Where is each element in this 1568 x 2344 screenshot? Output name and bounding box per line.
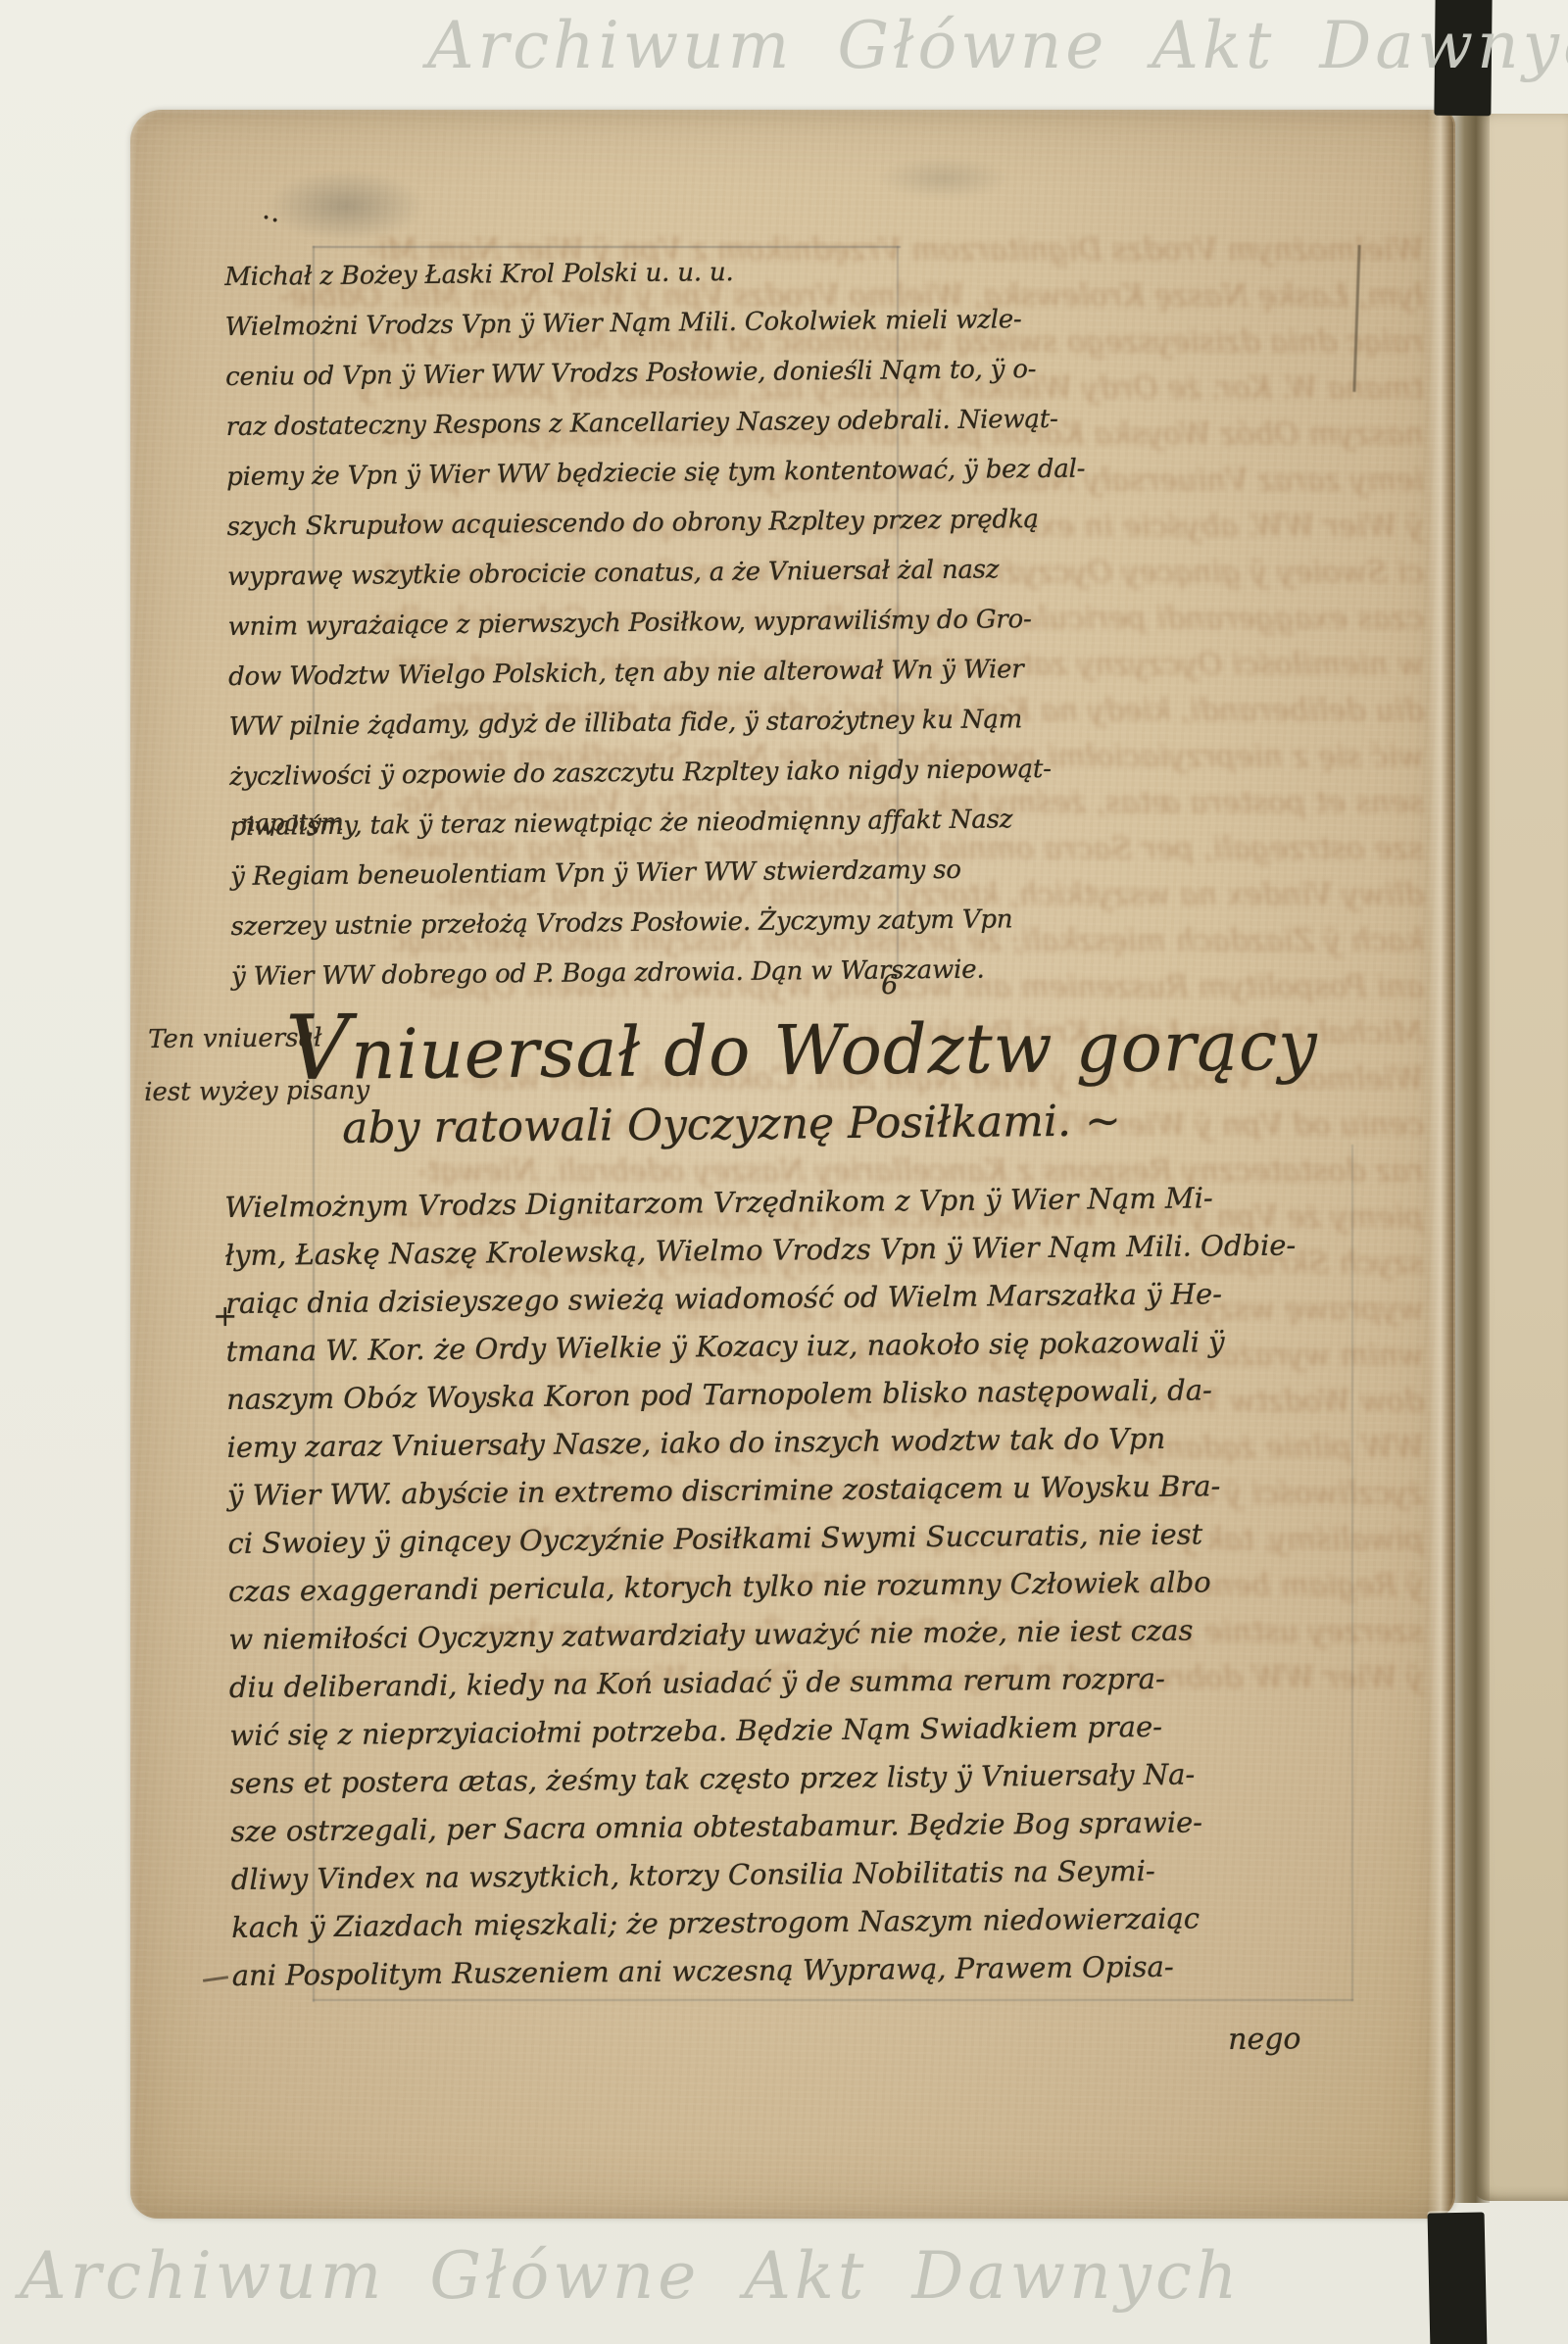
manuscript-line: wyprawę wszytkie obrocicie conatus, a że… bbox=[227, 545, 1087, 603]
universal-heading-title: Vniuersał do Wodztw gorący bbox=[285, 988, 1318, 1100]
manuscript-line: piemy że Vpn ÿ Wier WW będziecie się tym… bbox=[226, 445, 1086, 503]
universal-heading-subtitle: aby ratowali Oyczyznę Posiłkami. ~ bbox=[342, 1096, 1121, 1153]
pencil-rule-right-lower bbox=[1351, 1145, 1353, 2001]
watermark-top: Archiwum Główne Akt Dawnych bbox=[427, 8, 1568, 83]
manuscript-line: WW pilnie żądamy, gdyż de illibata fide,… bbox=[228, 695, 1088, 753]
graphite-smudge bbox=[851, 149, 1037, 208]
manuscript-line: wnim wyrażaiące z pierwszych Posiłkow, w… bbox=[227, 595, 1087, 653]
manuscript-line: Michał z Bożey Łaski Krol Polski u. u. u… bbox=[224, 245, 1084, 303]
archive-scan: .. Wielmożnym Vrodzs Dignitarzom Vrzędni… bbox=[0, 0, 1568, 2344]
pencil-rule-bottom bbox=[313, 1999, 1353, 2001]
manuscript-line: szych Skrupułow acquiescendo do obrony R… bbox=[226, 495, 1086, 553]
page-curl-edge bbox=[1428, 110, 1453, 2219]
manuscript-line: Wielmożni Vrodzs Vpn ÿ Wier Nąm Mili. Co… bbox=[224, 295, 1084, 353]
catchword-nego: nego bbox=[1228, 2022, 1301, 2057]
manuscript-page: .. Wielmożnym Vrodzs Dignitarzom Vrzędni… bbox=[130, 110, 1455, 2219]
binding-strip-bottom bbox=[1428, 2212, 1488, 2344]
manuscript-line: życzliwości ÿ ozpowie do zaszczytu Rzplt… bbox=[229, 745, 1089, 803]
royal-letter-paragraph: Michał z Bożey Łaski Krol Polski u. u. u… bbox=[224, 245, 1090, 1002]
manuscript-line: ÿ Regiam beneuolentiam Vpn ÿ Wier WW stw… bbox=[230, 845, 1090, 903]
universal-body-paragraph: Wielmożnym Vrodzs Dignitarzom Vrzędnikom… bbox=[224, 1174, 1303, 2000]
manuscript-line: dow Wodztw Wielgo Polskich, tęn aby nie … bbox=[228, 645, 1088, 703]
manuscript-line: ani Pospolitym Ruszeniem ani wczesną Wyp… bbox=[232, 1941, 1303, 1999]
manuscript-line: raz dostateczny Respons z Kancellariey N… bbox=[225, 395, 1085, 453]
marginal-note-napotym: napotym bbox=[240, 808, 344, 837]
watermark-bottom: Archiwum Główne Akt Dawnych bbox=[20, 2238, 1241, 2314]
manuscript-line: piwaliśmy, tak ÿ teraz niewątpiąc że nie… bbox=[229, 795, 1089, 853]
manuscript-line: ceniu od Vpn ÿ Wier WW Vrodzs Posłowie, … bbox=[225, 345, 1085, 403]
manuscript-line: szerzey ustnie przełożą Vrodzs Posłowie.… bbox=[230, 895, 1090, 952]
